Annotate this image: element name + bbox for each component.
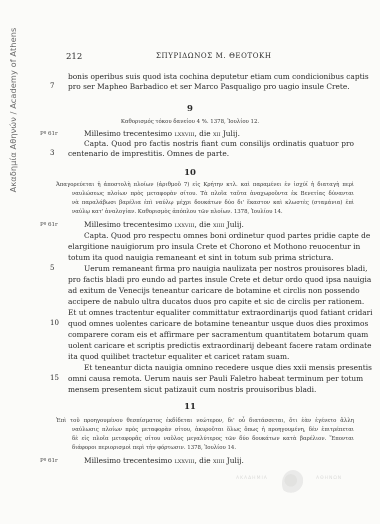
- document-summary: ναύλωσις πλοίων πρὸς μεταφορὰν σίτου, ἀκ…: [72, 426, 354, 435]
- text-line: centenario de imprestitis. Omnes de part…: [68, 149, 354, 159]
- line-number: 7: [50, 82, 54, 90]
- date-line: Millesimo trecentesimo lxxviii, die xiii…: [84, 456, 354, 466]
- text-line: omni causa remota. Uerum nauis ser Pauli…: [68, 374, 354, 384]
- document-number: 9: [0, 104, 380, 114]
- document-summary: Ἐπὶ τοῦ προηγουμένου θεσπίσματος ἐκδίδετ…: [56, 417, 354, 426]
- line-number: 15: [50, 374, 59, 382]
- text-line: Capta. Quod pro respectu omnes boni ordi…: [84, 231, 354, 241]
- document-summary: διάφοροι περιορισμοὶ περὶ τὴν φόρτωσιν. …: [72, 444, 354, 453]
- document-summary: νὰ παραλάβωσι βαρέλια ἐπὶ ναύλῳ μέχρι δο…: [72, 199, 354, 208]
- date-line: Millesimo trecentesimo lxxviii, die xiii…: [84, 220, 354, 230]
- text-line: totum ita quod nauigia remaneant et sint…: [68, 253, 354, 263]
- page-number: 212: [66, 52, 82, 62]
- document-summary: Ἀπαγορεύεται ἡ ἀποστολὴ πλοίων (ἀριθμοῦ …: [56, 181, 354, 190]
- line-number: 5: [50, 264, 54, 272]
- watermark-text-left: ΑΚΑΔΗΜΙΑ: [236, 476, 268, 481]
- document-number: 11: [0, 402, 380, 412]
- text-line: bonis operibus suis quod ista cochina de…: [68, 72, 354, 82]
- document-summary: Καθορισμός τόκου δανείου 4 %. 1378, Ἰουλ…: [0, 118, 380, 127]
- text-line: Et teneantur dicta nauigia omnino recede…: [84, 363, 354, 373]
- document-summary: ναύλῳ κατ' ἀναλογίαν. Καθορισμὸς ἀπόπλου…: [72, 208, 354, 217]
- text-line: pro ser Mapheo Barbadico et ser Marco Pa…: [68, 82, 354, 92]
- text-line: Uerum remaneant firma pro nauigia nauliz…: [84, 264, 354, 274]
- text-line: comparere coram eis et affirmare per sac…: [68, 330, 354, 340]
- academy-watermark-logo: ΑΚΑΔΗΜΙΑ ΑΘΗΝΩΝ: [236, 470, 346, 500]
- document-summary: ναυλώσεως πλοίων πρὸς μεταφορὰν σίτου. Τ…: [72, 190, 354, 199]
- line-number: 10: [50, 319, 59, 327]
- text-line: mensem presentem sicut patizauit cum nos…: [68, 385, 354, 395]
- folio-reference: Pº 61r: [40, 131, 58, 137]
- document-summary: δὲ εἰς πλοῖα μεταφορᾶς σίτου ναῦλος μεγα…: [72, 435, 354, 444]
- text-line: elargitione nauigiorum pro insula Crete …: [68, 242, 354, 252]
- document-number: 10: [0, 168, 380, 178]
- text-line: ita quod quilibet tractetur equaliter et…: [68, 352, 354, 362]
- folio-reference: Pº 61r: [40, 458, 58, 464]
- book-page: 212 ΣΠΥΡΙΔΩΝΟΣ Μ. ΘΕΟΤΟΚΗ bonis operibus…: [0, 0, 380, 524]
- watermark-text-right: ΑΘΗΝΩΝ: [316, 476, 342, 481]
- line-number: 3: [50, 149, 54, 157]
- running-title: ΣΠΥΡΙΔΩΝΟΣ Μ. ΘΕΟΤΟΚΗ: [156, 52, 272, 60]
- text-line: Capta. Quod pro factis nostris fiant cum…: [84, 139, 354, 149]
- text-line: quod omnes uolentes caricare de botamine…: [68, 319, 354, 329]
- text-line: Et ut omnes tractentur equaliter committ…: [68, 308, 354, 318]
- date-line: Millesimo trecentesimo lxxviii, die xii …: [84, 129, 354, 139]
- text-line: uolent caricare et scriptis predictis ex…: [68, 341, 354, 351]
- text-line: ad exitum de Venecijs teneantur caricare…: [68, 286, 354, 296]
- crest-icon: [282, 470, 304, 496]
- folio-reference: Pº 61r: [40, 222, 58, 228]
- text-line: pro factis bladi pro eundo ad partes ins…: [68, 275, 354, 285]
- text-line: accipere de nabulo ultra ducatos duos pr…: [68, 297, 354, 307]
